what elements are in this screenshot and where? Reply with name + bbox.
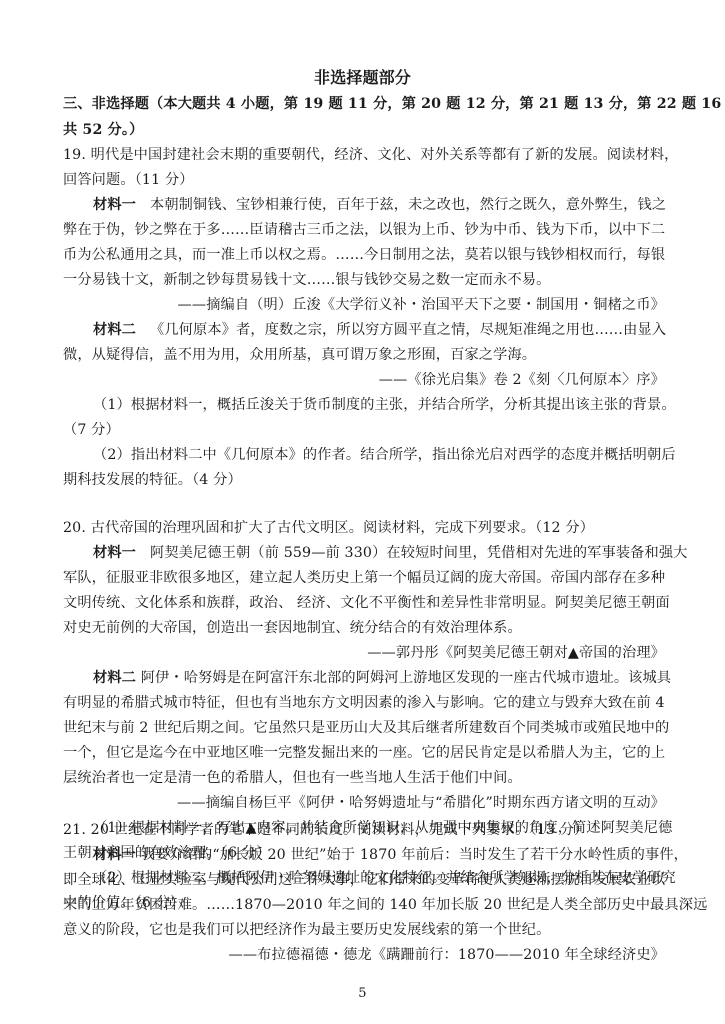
q21-material1-source: ——布拉德福德・德龙《蹒跚前行：1870——2010 年全球经济史》 <box>228 943 665 967</box>
q21-material1-line: 即全球化、工业实验室与现代公司这三件大事，它们带来的变革将使人类逐渐摆脱自发展农… <box>63 868 665 892</box>
q21-stem: 21. 20 世纪在不同学者的笔下是不同的长度。阅读材料，完成下列要求。（13 … <box>63 818 588 842</box>
material-text: 我要介绍的“加长版 20 世纪”始于 1870 年前后：当时发生了若干分水岭性质… <box>141 847 688 863</box>
page-number: 5 <box>0 982 725 1006</box>
q21-material1-line: 来的上万年贫困苦难。……1870—2010 年之间的 140 年加长版 20 世… <box>63 893 707 917</box>
q21-container: 21. 20 世纪在不同学者的笔下是不同的长度。阅读材料，完成下列要求。（13 … <box>0 0 725 1024</box>
material-label: 材料一 <box>93 847 136 863</box>
q21-material1-line: 意义的阶段，它也是我们可以把经济作为最主要历史发展线索的第一个世纪。 <box>63 918 550 942</box>
q21-material1-line: 材料一 我要介绍的“加长版 20 世纪”始于 1870 年前后：当时发生了若干分… <box>93 843 688 867</box>
